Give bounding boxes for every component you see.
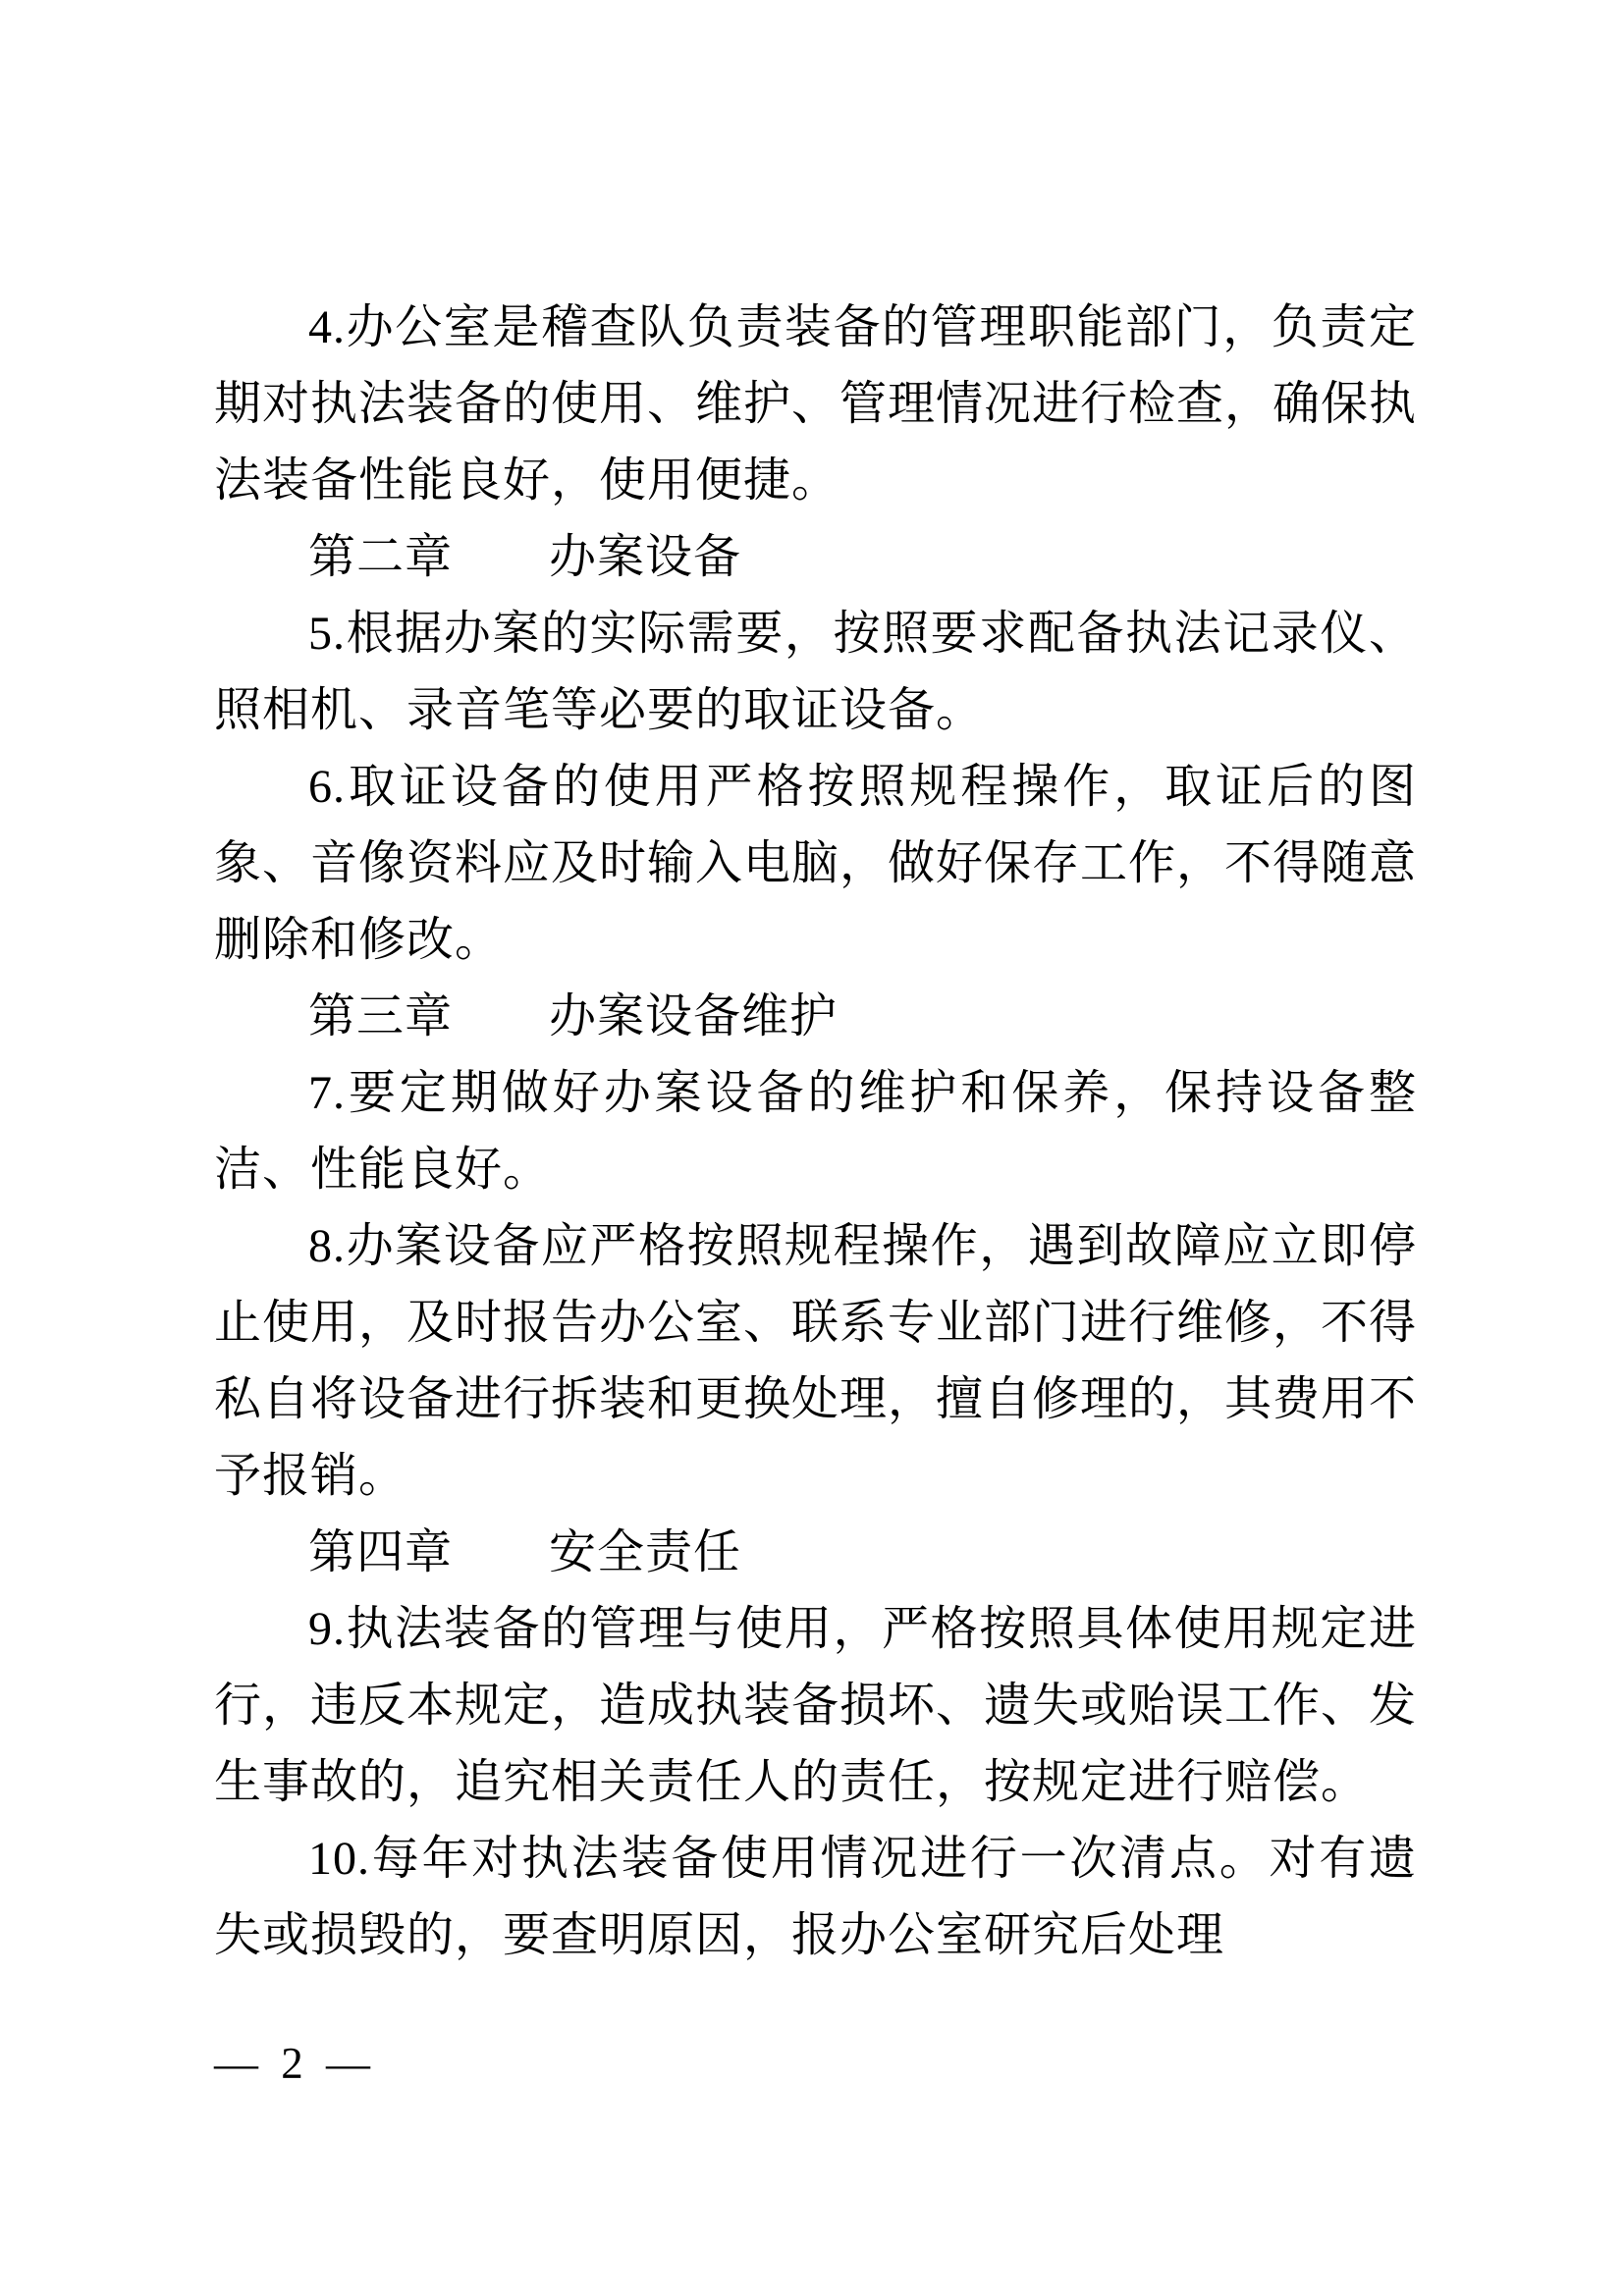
paragraph-10: 10.每年对执法装备使用情况进行一次清点。对有遗失或损毁的，要查明原因，报办公室…: [214, 1821, 1417, 1974]
paragraph-7: 7.要定期做好办案设备的维护和保养，保持设备整洁、性能良好。: [214, 1055, 1417, 1208]
document-body: 4.办公室是稽查队负责装备的管理职能部门，负责定期对执法装备的使用、维护、管理情…: [214, 290, 1417, 1974]
paragraph-9: 9.执法装备的管理与使用，严格按照具体使用规定进行，违反本规定，造成执装备损坏、…: [214, 1591, 1417, 1821]
paragraph-4: 4.办公室是稽查队负责装备的管理职能部门，负责定期对执法装备的使用、维护、管理情…: [214, 290, 1417, 519]
paragraph-5: 5.根据办案的实际需要，按照要求配备执法记录仪、照相机、录音笔等必要的取证设备。: [214, 596, 1417, 749]
paragraph-6: 6.取证设备的使用严格按照规程操作，取证后的图象、音像资料应及时输入电脑，做好保…: [214, 749, 1417, 979]
document-page: 4.办公室是稽查队负责装备的管理职能部门，负责定期对执法装备的使用、维护、管理情…: [0, 0, 1624, 2296]
page-number: — 2 —: [214, 2034, 376, 2093]
chapter-heading-4: 第四章 安全责任: [214, 1515, 1417, 1591]
chapter-heading-2: 第二章 办案设备: [214, 519, 1417, 596]
chapter-heading-3: 第三章 办案设备维护: [214, 979, 1417, 1055]
paragraph-8: 8.办案设备应严格按照规程操作，遇到故障应立即停止使用，及时报告办公室、联系专业…: [214, 1208, 1417, 1515]
